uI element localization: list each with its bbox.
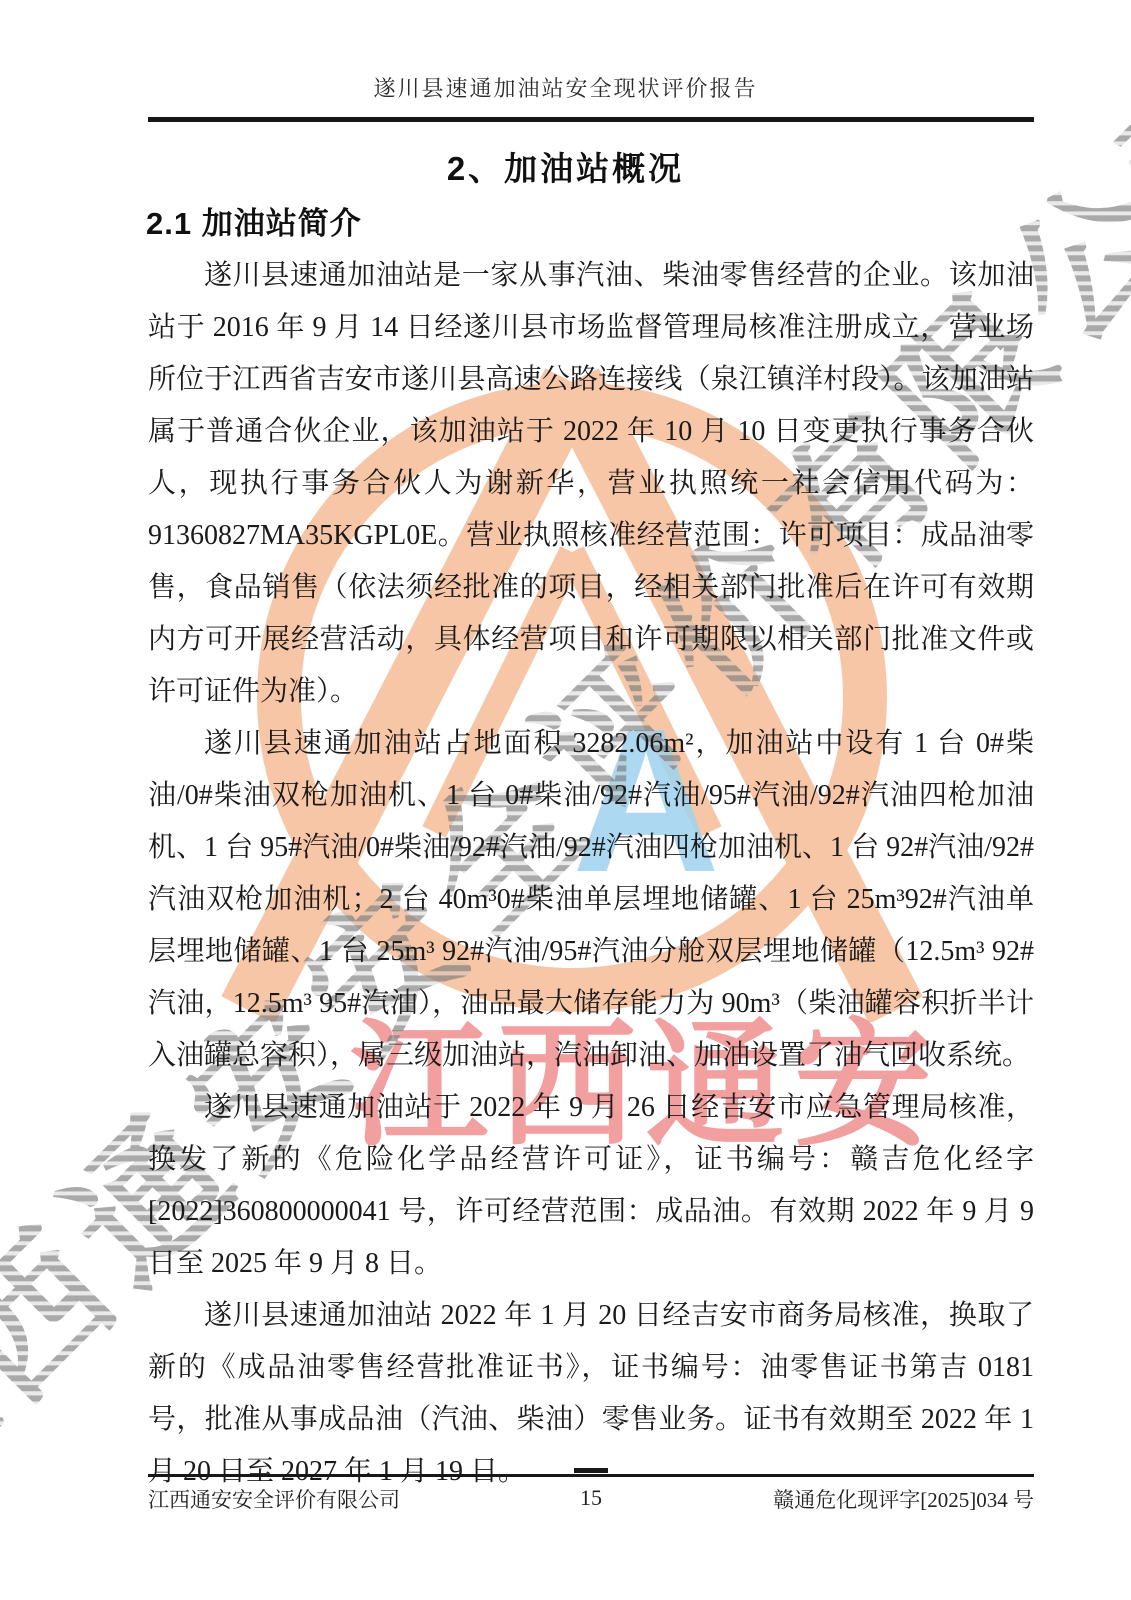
body-text-block: 遂川县速通加油站是一家从事汽油、柴油零售经营的企业。该加油站于 2016 年 9… xyxy=(148,250,1034,1498)
footer-company: 江西通安安全评价有限公司 xyxy=(148,1484,400,1514)
header-divider xyxy=(148,117,1034,122)
body-paragraph: 遂川县速通加油站 2022 年 1 月 20 日经吉安市商务局核准，换取了新的《… xyxy=(148,1290,1034,1498)
chapter-title: 2、加油站概况 xyxy=(0,143,1131,190)
report-page: { "page": { "header": { "running_title":… xyxy=(0,0,1131,1600)
page-footer: 江西通安安全评价有限公司 赣通危化现评字[2025]034 号 15 xyxy=(148,1474,1034,1514)
page-header-title: 遂川县速通加油站安全现状评价报告 xyxy=(0,72,1131,103)
page-number-marker xyxy=(574,1468,608,1473)
page-number: 15 xyxy=(580,1485,602,1511)
section-heading: 2.1 加油站简介 xyxy=(146,198,362,243)
body-paragraph: 遂川县速通加油站是一家从事汽油、柴油零售经营的企业。该加油站于 2016 年 9… xyxy=(148,250,1034,718)
page-content: 遂川县速通加油站安全现状评价报告 2、加油站概况 2.1 加油站简介 遂川县速通… xyxy=(0,0,1131,1600)
body-paragraph: 遂川县速通加油站占地面积 3282.06m²，加油站中设有 1 台 0#柴油/0… xyxy=(148,718,1034,1082)
body-paragraph: 遂川县速通加油站于 2022 年 9 月 26 日经吉安市应急管理局核准，换发了… xyxy=(148,1082,1034,1290)
footer-doc-number: 赣通危化现评字[2025]034 号 xyxy=(773,1484,1034,1514)
